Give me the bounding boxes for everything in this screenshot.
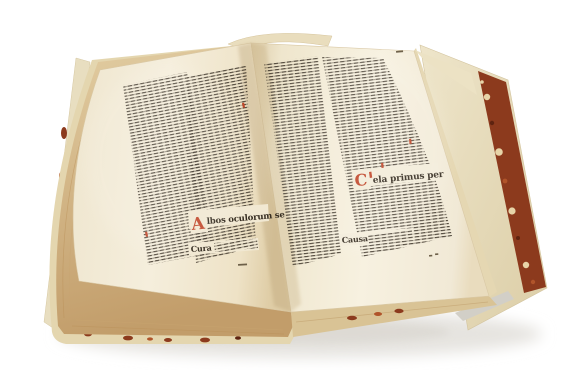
- photo-canvas: A lbos oculorum se Cura C ela primus per…: [0, 0, 570, 370]
- paper-highlight-right: [270, 50, 450, 250]
- paper-highlight-left: [85, 65, 245, 255]
- signature-mark: [429, 255, 432, 257]
- signature-mark: [435, 253, 438, 255]
- open-book-photo: A lbos oculorum se Cura C ela primus per…: [0, 0, 570, 370]
